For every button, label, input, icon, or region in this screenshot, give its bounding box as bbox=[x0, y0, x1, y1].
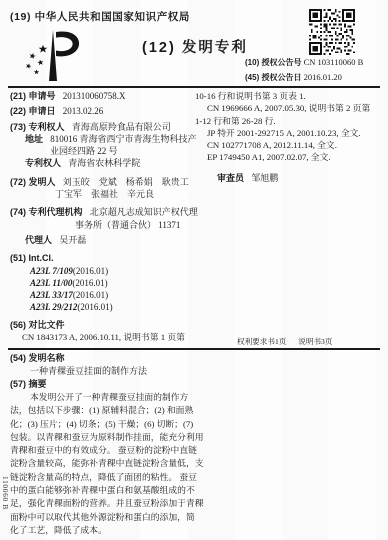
publication-date-row: (45) 授权公告日 2016.01.20 bbox=[245, 70, 363, 85]
ipc-code: A23L 33/17 bbox=[30, 290, 73, 300]
agency-line2: 事务所（普通合伙） 11371 bbox=[10, 219, 197, 231]
abstract-line: 链淀粉含量高的特点，降低了面团的粘性。 蚕豆 bbox=[10, 471, 202, 484]
reference-5: EP 1749450 A1, 2007.02.07, 全文. bbox=[195, 151, 385, 163]
header-divider bbox=[8, 86, 380, 88]
address-line1: 810016 青海省西宁市青海生物科技产 bbox=[50, 134, 196, 144]
inventors-line1: 刘玉皎 党斌 杨希娟 耿贵工 bbox=[63, 177, 189, 187]
agent-value: 吴开磊 bbox=[59, 235, 86, 245]
references-label: (56) 对比文件 bbox=[10, 319, 197, 331]
intcl-label: (51) Int.Cl. bbox=[10, 252, 197, 264]
ipc-version: (2016.01) bbox=[72, 278, 107, 288]
application-date-label: (22) 申请日 bbox=[10, 106, 56, 116]
reference-1-line1: CN 1843173 A, 2006.10.11, 说明书第 1 页第 bbox=[10, 331, 197, 343]
abstract-line: 足，强化青稞面粉的营养。并且蚕豆粉添加于青稞 bbox=[10, 497, 202, 510]
ipc-code-row: A23L 29/212(2016.01) bbox=[10, 301, 197, 313]
qr-code bbox=[309, 9, 355, 55]
ipc-code-row: A23L 11/00(2016.01) bbox=[10, 277, 197, 289]
document-type-title: (12) 发明专利 bbox=[142, 36, 248, 57]
patentee-value: 青海高原羚食品有限公司 bbox=[72, 122, 171, 132]
ipc-code: A23L 29/212 bbox=[30, 302, 77, 312]
publication-info: (10) 授权公告号 CN 103110060 B (45) 授权公告日 201… bbox=[245, 55, 363, 85]
abstract-label: (57) 摘要 bbox=[10, 378, 210, 391]
abstract-line: 化了工艺，降低了成本。 bbox=[10, 524, 202, 537]
agency-label: (74) 专利代理机构 bbox=[10, 207, 83, 217]
publication-date-label: (45) 授权公告日 bbox=[245, 73, 301, 82]
abstract-line: 化；(3) 压片；(4) 切条；(5) 干燥；(6) 切断；(7) bbox=[10, 418, 202, 431]
abstract-line: 面粉中可以取代其他外源淀粉和蛋白的添加，简 bbox=[10, 511, 202, 524]
ipc-version: (2016.01) bbox=[73, 290, 108, 300]
ipc-code: A23L 11/00 bbox=[30, 278, 72, 288]
spine-publication-number: 110060 B bbox=[1, 476, 10, 510]
issuing-office: (19) 中华人民共和国国家知识产权局 bbox=[10, 9, 190, 24]
patentee-row: (73) 专利权人 青海高原羚食品有限公司 bbox=[10, 121, 197, 133]
patentee-label: (73) 专利权人 bbox=[10, 122, 65, 132]
page-counts: 权利要求书1页 说明书3页 bbox=[237, 336, 332, 347]
abstract-line: 包装。以青稞和蚕豆为原料制作挂面，能充分利用 bbox=[10, 431, 202, 444]
agent-row: 代理人 吴开磊 bbox=[10, 234, 197, 246]
abstract-line: 中的蛋白能够弥补青稞中蛋白和氨基酸组成的不 bbox=[10, 484, 202, 497]
application-number-label: (21) 申请号 bbox=[10, 91, 56, 101]
inventors-line2: 丁宝军 张福社 辛元良 bbox=[10, 188, 197, 200]
address-label: 地址 bbox=[25, 134, 43, 144]
ipc-version: (2016.01) bbox=[77, 302, 112, 312]
examiner-value: 邹旭鹏 bbox=[251, 173, 278, 183]
abstract-line: 本发明公开了一种青稞蚕豆挂面的制作方 bbox=[10, 391, 202, 404]
reference-3: JP 特开 2001-292715 A, 2001.10.23, 全文. bbox=[195, 127, 385, 139]
inventors-row: (72) 发明人 刘玉皎 党斌 杨希娟 耿贵工 bbox=[10, 176, 197, 188]
examiner-label: 审查员 bbox=[217, 173, 244, 183]
publication-number-row: (10) 授权公告号 CN 103110060 B bbox=[245, 55, 363, 70]
agency-row: (74) 专利代理机构 北京超凡志成知识产权代理 bbox=[10, 206, 197, 218]
ipc-code-row: A23L 7/109(2016.01) bbox=[10, 265, 197, 277]
abstract-text: 本发明公开了一种青稞蚕豆挂面的制作方 法，包括以下步骤：(1) 原辅料混合；(2… bbox=[10, 391, 202, 537]
invention-title: 一种青稞蚕豆挂面的制作方法 bbox=[10, 365, 210, 378]
reference-2-line2: 1-12 行和第 26-28 行. bbox=[195, 115, 385, 127]
description-page-count: 说明书3页 bbox=[298, 337, 332, 346]
abstract-line: 青稞和蚕豆中的有效成分。 蚕豆粉的淀粉中直链 bbox=[10, 444, 202, 457]
examiner-row: 审查员 邹旭鹏 bbox=[195, 172, 385, 184]
patentee2-label: 专利权人 bbox=[25, 158, 61, 168]
application-date-row: (22) 申请日 2013.02.26 bbox=[10, 105, 197, 117]
ipc-code: A23L 7/109 bbox=[30, 266, 73, 276]
patent-front-page: (19) 中华人民共和国国家知识产权局 (12) 发明专利 bbox=[0, 0, 388, 540]
address-row: 地址 810016 青海省西宁市青海生物科技产 bbox=[10, 133, 197, 145]
publication-number-value: CN 103110060 B bbox=[304, 57, 364, 67]
address-line2: 业园经四路 22 号 bbox=[10, 145, 197, 157]
ipc-version: (2016.01) bbox=[73, 266, 108, 276]
publication-number-label: (10) 授权公告号 bbox=[245, 58, 301, 67]
application-number-row: (21) 申请号 201310060758.X bbox=[10, 90, 197, 102]
application-date-value: 2013.02.26 bbox=[63, 106, 104, 116]
reference-4: CN 102771708 A, 2012.11.14, 全文. bbox=[195, 139, 385, 151]
publication-date-value: 2016.01.20 bbox=[304, 72, 342, 82]
abstract-line: 法，包括以下步骤：(1) 原辅料混合；(2) 和面熟 bbox=[10, 404, 202, 417]
ipc-code-row: A23L 33/17(2016.01) bbox=[10, 289, 197, 301]
title-section: (54) 发明名称 一种青稞蚕豆挂面的制作方法 (57) 摘要 bbox=[10, 352, 210, 391]
sipo-logo-icon bbox=[16, 29, 88, 83]
abstract-line: 淀粉含量较高，能弥补青稞中直链淀粉含量低，支 bbox=[10, 457, 202, 470]
reference-1-line2: 10-16 行和说明书第 3 页表 1. bbox=[195, 90, 385, 102]
application-number-value: 201310060758.X bbox=[63, 91, 126, 101]
agent-label: 代理人 bbox=[25, 235, 52, 245]
reference-2-line1: CN 1969666 A, 2007.05.30, 说明书第 2 页第 bbox=[195, 102, 385, 114]
agency-line1: 北京超凡志成知识产权代理 bbox=[90, 207, 198, 217]
biblio-right-column: 10-16 行和说明书第 3 页表 1. CN 1969666 A, 2007.… bbox=[195, 90, 385, 184]
biblio-left-column: (21) 申请号 201310060758.X (22) 申请日 2013.02… bbox=[10, 90, 197, 343]
claims-page-count: 权利要求书1页 bbox=[237, 337, 286, 346]
inventors-label: (72) 发明人 bbox=[10, 177, 56, 187]
patentee2-row: 专利权人 青海省农林科学院 bbox=[10, 157, 197, 169]
patentee2-value: 青海省农林科学院 bbox=[68, 158, 140, 168]
invention-title-label: (54) 发明名称 bbox=[10, 352, 210, 365]
abstract-divider bbox=[8, 348, 380, 350]
